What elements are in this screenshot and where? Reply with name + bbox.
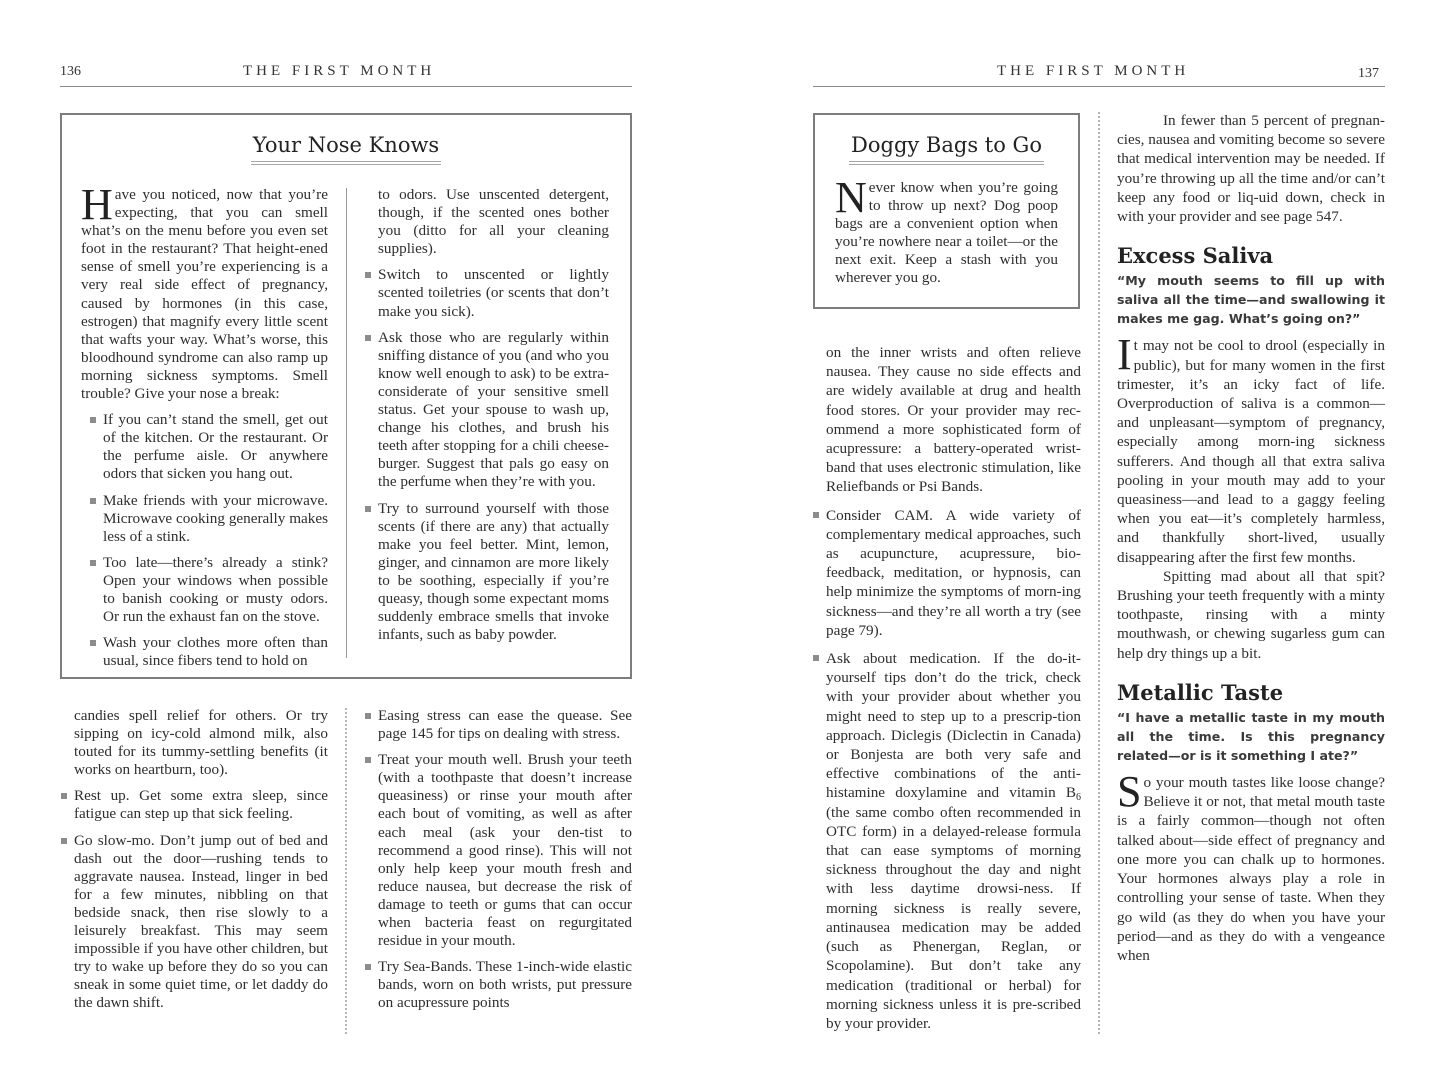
- bullet-square-icon: [90, 498, 96, 504]
- body-continuation: on the inner wrists and often relieve na…: [804, 343, 1081, 497]
- sidebar-doggy-bags: Doggy Bags to Go Never know when you’re …: [813, 113, 1080, 309]
- left-body-column-2: Easing stress can ease the quease. See p…: [356, 707, 632, 1021]
- body-continuation: candies spell relief for others. Or try …: [52, 707, 328, 779]
- bullet-square-icon: [61, 838, 67, 844]
- right-page-number: 137: [1358, 66, 1379, 82]
- sidebar-intro: Have you noticed, now that you’re expect…: [81, 186, 328, 403]
- bullet-item: Too late—there’s already a stink? Open y…: [81, 554, 328, 626]
- sidebar-title: Your Nose Knows: [251, 133, 441, 165]
- answer-paragraph: So your mouth tastes like loose change? …: [1117, 773, 1385, 965]
- sidebar-continuation: to odors. Use unscented detergent, thoug…: [356, 186, 609, 258]
- sidebar-title: Doggy Bags to Go: [849, 133, 1044, 165]
- bullet-square-icon: [813, 512, 819, 518]
- right-column-gutter-dots: [1098, 112, 1100, 1034]
- reader-question: “My mouth seems to fill up with saliva a…: [1117, 271, 1385, 328]
- right-body-column-2: In fewer than 5 percent of pregnan-cies,…: [1117, 111, 1385, 965]
- bullet-square-icon: [365, 757, 371, 763]
- sidebar-text: Never know when you’re going to throw up…: [835, 179, 1058, 288]
- bullet-square-icon: [365, 713, 371, 719]
- sidebar-column-divider: [346, 188, 347, 658]
- dropcap: I: [1117, 338, 1132, 372]
- bullet-square-icon: [365, 964, 371, 970]
- left-body-column-1: candies spell relief for others. Or try …: [52, 707, 328, 1021]
- right-header-rule: [813, 86, 1385, 87]
- dropcap: N: [835, 181, 867, 215]
- bullet-square-icon: [90, 560, 96, 566]
- followup-paragraph: Spitting mad about all that spit? Brushi…: [1117, 567, 1385, 663]
- bullet-item: If you can’t stand the smell, get out of…: [81, 411, 328, 483]
- reader-question: “I have a metallic taste in my mouth all…: [1117, 708, 1385, 765]
- left-page-number: 136: [60, 64, 81, 80]
- left-header-rule: [60, 86, 632, 87]
- bullet-item: Consider CAM. A wide variety of compleme…: [804, 506, 1081, 640]
- bullet-item: Try Sea-Bands. These 1-inch-wide elastic…: [356, 958, 632, 1012]
- section-heading-excess-saliva: Excess Saliva: [1117, 246, 1385, 265]
- left-running-head: THE FIRST MONTH: [243, 63, 435, 80]
- bullet-square-icon: [90, 640, 96, 646]
- bullet-item: Treat your mouth well. Brush your teeth …: [356, 751, 632, 950]
- sidebar-column-1: Have you noticed, now that you’re expect…: [81, 186, 328, 678]
- bullet-item: Try to surround yourself with those scen…: [356, 500, 609, 645]
- bullet-square-icon: [90, 417, 96, 423]
- section-heading-metallic-taste: Metallic Taste: [1117, 683, 1385, 702]
- bullet-square-icon: [365, 506, 371, 512]
- bullet-item: Go slow-mo. Don’t jump out of bed and da…: [52, 832, 328, 1013]
- bullet-square-icon: [61, 793, 67, 799]
- bullet-square-icon: [813, 655, 819, 661]
- dropcap: H: [81, 188, 113, 222]
- intro-paragraph: In fewer than 5 percent of pregnan-cies,…: [1117, 111, 1385, 226]
- right-running-head: THE FIRST MONTH: [997, 63, 1189, 80]
- bullet-item: Easing stress can ease the quease. See p…: [356, 707, 632, 743]
- right-body-column-1: on the inner wrists and often relieve na…: [804, 343, 1081, 1041]
- bullet-item: Make friends with your microwave. Microw…: [81, 492, 328, 546]
- left-column-gutter-dots: [345, 708, 347, 1034]
- bullet-square-icon: [365, 272, 371, 278]
- sidebar-column-2: to odors. Use unscented detergent, thoug…: [356, 186, 609, 652]
- bullet-item: Rest up. Get some extra sleep, since fat…: [52, 787, 328, 823]
- bullet-square-icon: [365, 335, 371, 341]
- bullet-item: Wash your clothes more often than usual,…: [81, 634, 328, 670]
- bullet-item: Ask those who are regularly within sniff…: [356, 329, 609, 492]
- bullet-item: Ask about medication. If the do-it-yours…: [804, 649, 1081, 1033]
- answer-paragraph: It may not be cool to drool (especially …: [1117, 336, 1385, 566]
- dropcap: S: [1117, 775, 1141, 809]
- bullet-item: Switch to unscented or lightly scented t…: [356, 266, 609, 320]
